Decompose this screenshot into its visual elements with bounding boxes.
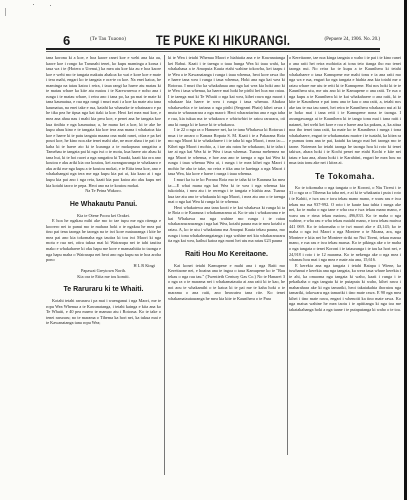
article-paragraph: E kerekia ana nga tangata i tetahi Ratap… bbox=[289, 263, 401, 313]
byline: Kia ora te Etita me tou komiti. bbox=[46, 274, 161, 280]
header-rule bbox=[46, 48, 380, 50]
article-heading: Te Tokomaha. bbox=[289, 172, 401, 181]
article-paragraph: Kotahi tetahi raruraru i pa mai i waenga… bbox=[46, 298, 161, 326]
column-3: o Kereitaone, tae noa kinga tangata o wa… bbox=[289, 55, 401, 313]
column-divider bbox=[287, 55, 288, 455]
article-paragraph: E hoa he ngakau mihi ake mo to tae tupu … bbox=[46, 218, 161, 262]
masthead-title: TE PUKE KI HIKURANGI. bbox=[156, 32, 290, 48]
article-paragraph: Heoi whakatewa ana tana kooti e te kai w… bbox=[168, 205, 285, 244]
scan-speck bbox=[5, 8, 6, 16]
dateline: (Pepuere 24, 1906. No. 20.) bbox=[324, 37, 380, 42]
page-number: 6 bbox=[63, 33, 70, 48]
article-paragraph: Ko te tokomaha o nga tangata o te Koroni… bbox=[289, 185, 401, 263]
page-header: 6 (Te Tau Tuaono) TE PUKE KI HIKURANGI. … bbox=[46, 33, 380, 47]
running-head: (Te Tau Tuaono) bbox=[90, 37, 126, 42]
column-divider bbox=[164, 55, 165, 475]
article-paragraph: I te 22 o nga ra o Hanuere nei, ka te ta… bbox=[168, 127, 285, 177]
article-paragraph: ki te Wea i tetahi Whenua Maori e hiahia… bbox=[168, 55, 285, 127]
article-paragraph: tana korona ki a koe, e hoa kaore ranei … bbox=[46, 55, 161, 188]
article-paragraph: o Kereitaone, tae noa kinga tangata o wa… bbox=[289, 55, 401, 166]
article-heading: He Whakautu Panui. bbox=[46, 200, 161, 209]
article-heading: Raiti Hou Mo Kereitaone. bbox=[168, 250, 285, 259]
article-heading: Te Raruraru ki te Whaiti. bbox=[46, 285, 161, 294]
scan-speck bbox=[50, 5, 51, 6]
scan-edge-bar bbox=[404, 0, 407, 500]
header-rule-thin bbox=[46, 51, 380, 52]
byline: Na Te Peina Wakoro. bbox=[46, 188, 161, 194]
column-2: ki te Wea i tetahi Whenua Maori e hiahia… bbox=[168, 55, 285, 301]
column-1: tana korona ki a koe, e hoa kaore ranei … bbox=[46, 55, 161, 326]
scan-speck bbox=[33, 4, 34, 5]
article-paragraph: I muri ka tu te ko Porana Roia mo te tah… bbox=[168, 177, 285, 205]
article-paragraph: Kai konei tetahi Kamupene e mahi ana i n… bbox=[168, 263, 285, 302]
